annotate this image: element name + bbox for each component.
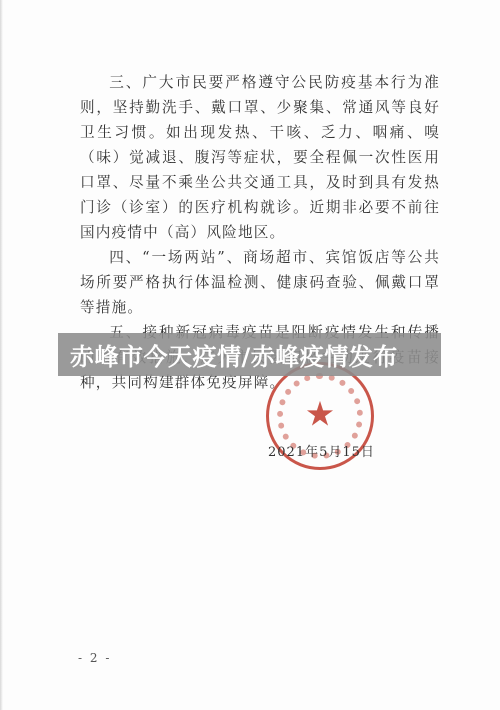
banner-title: 赤峰市今天疫情/赤峰疫情发布 xyxy=(70,337,398,372)
paragraph-three: 三、广大市民要严格遵守公民防疫基本行为准则，坚持勤洗手、戴口罩、少聚集、常通风等… xyxy=(80,70,440,245)
star-icon: ★ xyxy=(305,397,335,431)
page-edge-shadow xyxy=(0,0,3,710)
paragraph-four: 四、“一场两站”、商场超市、宾馆饭店等公共场所要严格执行体温检测、健康码查验、佩… xyxy=(80,245,440,320)
page-number: - 2 - xyxy=(78,651,111,665)
title-banner: 赤峰市今天疫情/赤峰疫情发布 xyxy=(58,333,441,376)
document-date: 2021年5月15日 xyxy=(268,441,375,460)
